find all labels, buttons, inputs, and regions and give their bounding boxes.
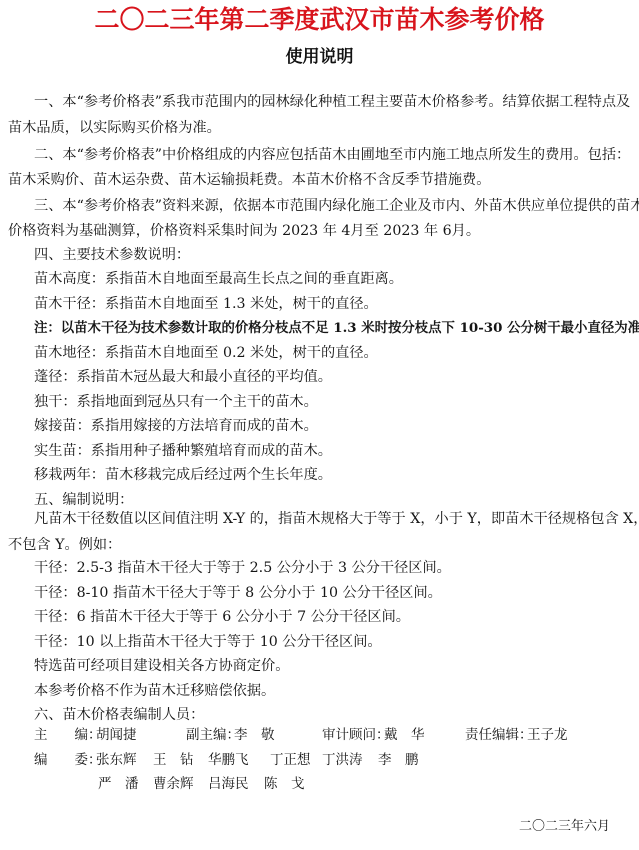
section5-heading: 五、编制说明：	[34, 490, 133, 510]
committee-label: 编 委：	[34, 750, 102, 770]
definition-transplanted-two-years: 移栽两年：苗木移栽完成后经过两个生长年度。	[34, 465, 332, 485]
document-date: 二〇二三年六月	[519, 818, 610, 836]
note-not-compensation-basis: 本参考价格不作为苗木迁移赔偿依据。	[34, 681, 275, 701]
definition-single-trunk: 独干：系指地面到冠丛只有一个主干的苗木。	[34, 392, 318, 412]
definition-trunk-diameter: 苗木干径：系指苗木自地面至 1.3 米处，树干的直径。	[34, 294, 378, 314]
deputy-editor-label: 副主编：	[186, 725, 240, 745]
responsible-editor-name: 王子龙	[527, 725, 568, 745]
note-branch-point: 注：以苗木干径为技术参数计取的价格分枝点不足 1.3 米时按分枝点下 10-30…	[34, 318, 639, 338]
deputy-editor-name: 李 敬	[234, 725, 275, 745]
committee-member: 陈 戈	[264, 774, 305, 794]
definition-ground-diameter: 苗木地径：系指苗木自地面至 0.2 米处，树干的直径。	[34, 343, 378, 363]
note-special-seedlings: 特选苗可经项目建设相关各方协商定价。	[34, 656, 289, 676]
committee-member: 丁正想	[270, 750, 311, 770]
chief-editor-name: 胡闻捷	[96, 725, 137, 745]
section2-line1: 二、本“参考价格表”中价格组成的内容应包括苗木由圃地至市内施工地点所发生的费用。…	[34, 145, 630, 165]
audit-advisor-name: 戴 华	[384, 725, 425, 745]
committee-member: 张东辉	[96, 750, 137, 770]
section3-line1: 三、本“参考价格表”资料来源，依据本市范围内绿化施工企业及市内、外苗木供应单位提…	[34, 196, 639, 216]
document-title: 二〇二三年第二季度武汉市苗木参考价格	[0, 4, 639, 36]
example-2-5-3: 干径：2.5-3 指苗木干径大于等于 2.5 公分小于 3 公分干径区间。	[34, 558, 451, 578]
section6-heading: 六、苗木价格表编制人员：	[34, 705, 204, 725]
section1-line2: 苗木品质，以实际购买价格为准。	[8, 118, 221, 138]
example-6: 干径：6 指苗木干径大于等于 6 公分小于 7 公分干径区间。	[34, 607, 410, 627]
committee-member: 王 钻	[153, 750, 194, 770]
example-10-plus: 干径：10 以上指苗木干径大于等于 10 公分干径区间。	[34, 632, 382, 652]
section5-line2: 不包含 Y。例如：	[8, 535, 121, 555]
section3-line2: 价格资料为基础测算，价格资料采集时间为 2023 年 4月至 2023 年 6月…	[8, 221, 480, 241]
section5-line1: 凡苗木干径数值以区间值注明 X-Y 的，指苗木规格大于等于 X，小于 Y，即苗木…	[34, 509, 639, 529]
document-subtitle: 使用说明	[0, 45, 639, 69]
audit-advisor-label: 审计顾问：	[322, 725, 390, 745]
section4-heading: 四、主要技术参数说明：	[34, 245, 190, 265]
committee-member: 曹余辉	[153, 774, 194, 794]
committee-member: 吕海民	[208, 774, 249, 794]
example-8-10: 干径：8-10 指苗木干径大于等于 8 公分小于 10 公分干径区间。	[34, 583, 442, 603]
definition-seed-grown-seedling: 实生苗：系指用种子播种繁殖培育而成的苗木。	[34, 441, 332, 461]
committee-member: 严 潘	[98, 774, 139, 794]
committee-member: 华鹏飞	[208, 750, 249, 770]
responsible-editor-label: 责任编辑：	[465, 725, 533, 745]
committee-member: 丁洪涛	[322, 750, 363, 770]
definition-grafted-seedling: 嫁接苗：系指用嫁接的方法培育而成的苗木。	[34, 416, 318, 436]
section2-line2: 苗木采购价、苗木运杂费、苗木运输损耗费。本苗木价格不含反季节措施费。	[8, 170, 490, 190]
definition-seedling-height: 苗木高度：系指苗木自地面至最高生长点之间的垂直距离。	[34, 269, 403, 289]
committee-member: 李 鹏	[378, 750, 419, 770]
chief-editor-label: 主 编：	[34, 725, 102, 745]
section1-line1: 一、本“参考价格表”系我市范围内的园林绿化种植工程主要苗木价格参考。结算依据工程…	[34, 92, 630, 112]
definition-crown-diameter: 蓬径：系指苗木冠丛最大和最小直径的平均值。	[34, 367, 332, 387]
